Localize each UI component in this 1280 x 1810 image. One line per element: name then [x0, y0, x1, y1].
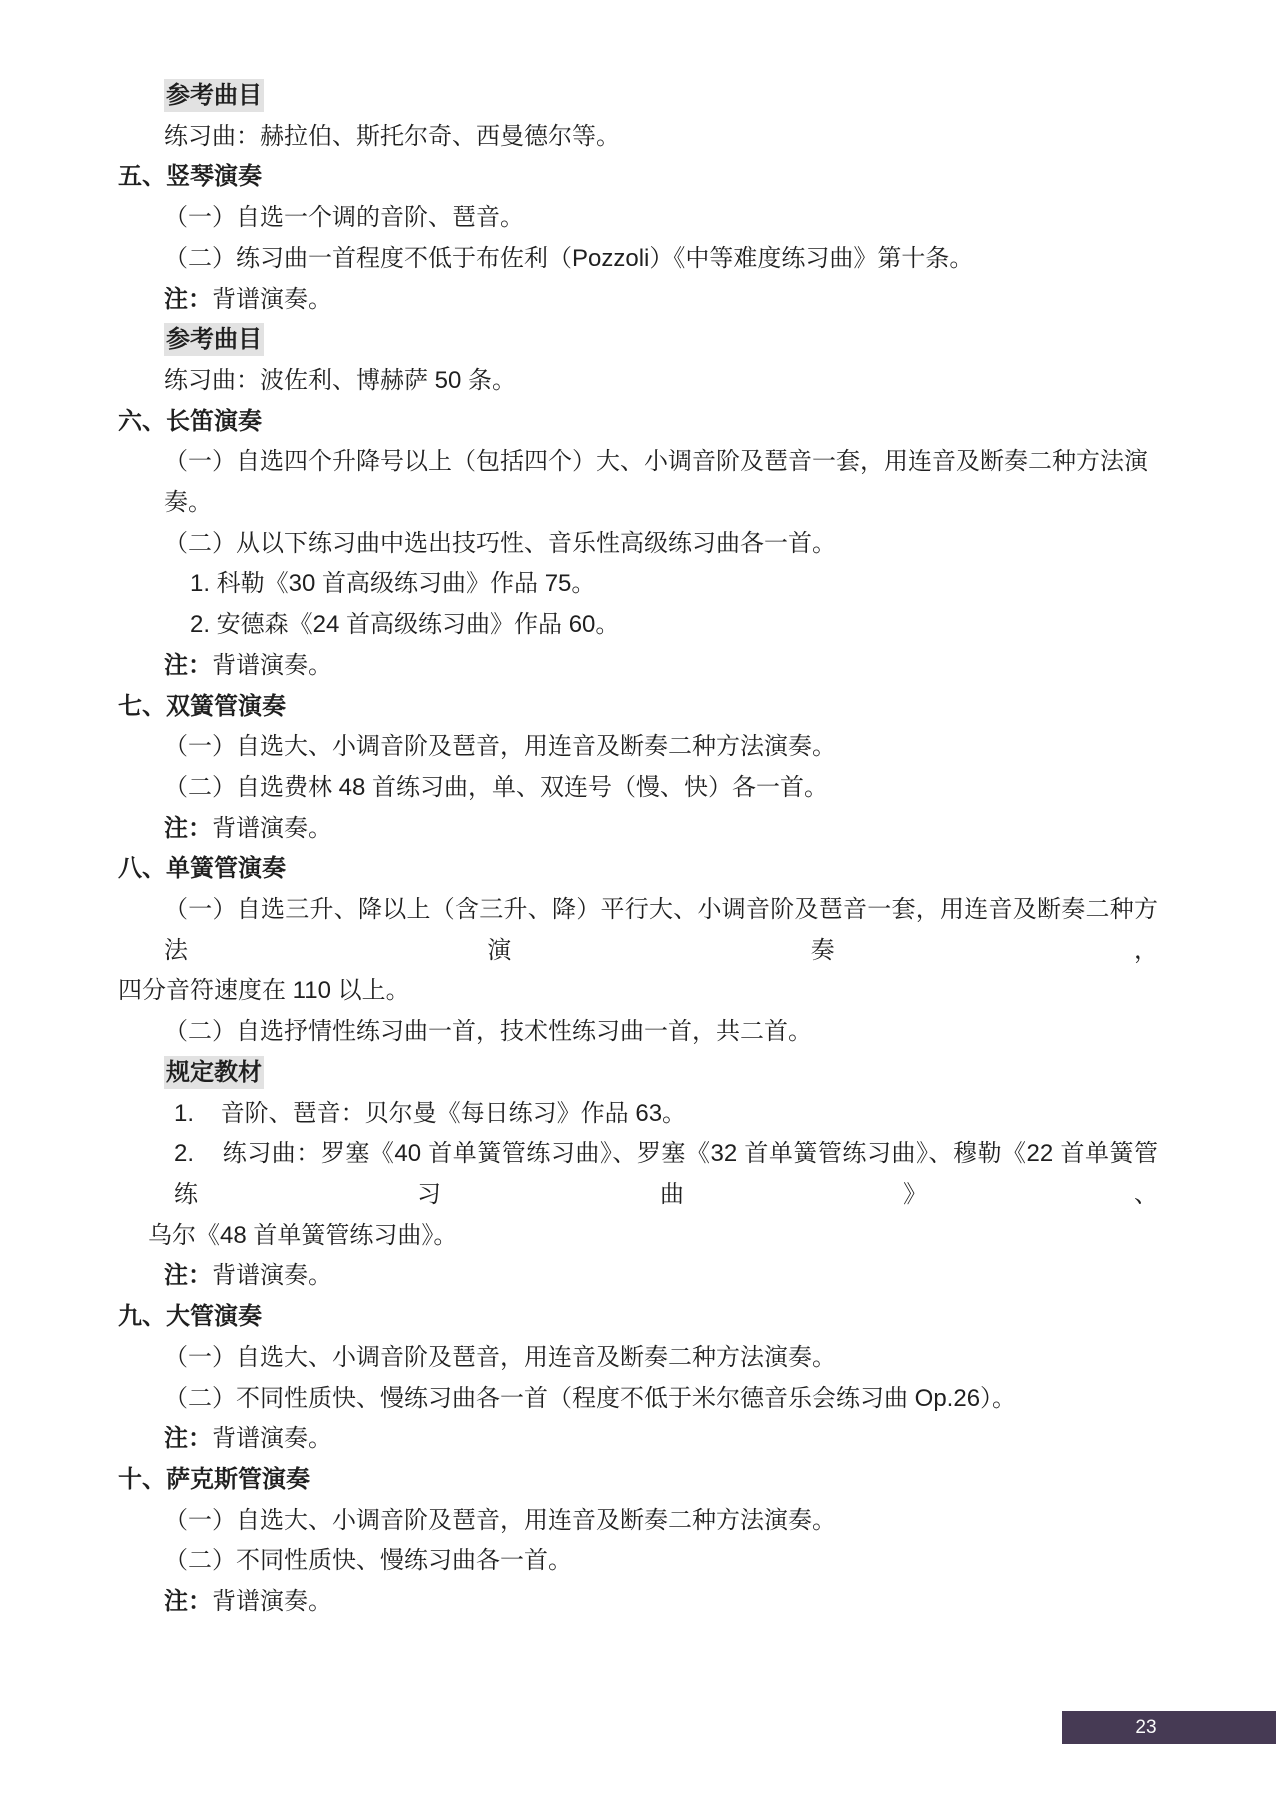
requirement-line: （二）从以下练习曲中选出技巧性、音乐性高级练习曲各一首。 [118, 524, 1158, 565]
note-label: 注： [164, 1262, 212, 1289]
numbered-item: 2. 练习曲：罗塞《40 首单簧管练习曲》、罗塞《32 首单簧管练习曲》、穆勒《… [118, 1134, 1158, 1215]
requirement-line: （二）不同性质快、慢练习曲各一首。 [118, 1541, 1158, 1582]
note-label: 注： [164, 1588, 212, 1615]
note-text: 背谱演奏。 [212, 1425, 332, 1452]
note-line: 注：背谱演奏。 [118, 1582, 1158, 1623]
requirement-line: （一）自选大、小调音阶及琶音，用连音及断奏二种方法演奏。 [118, 727, 1158, 768]
section-heading-bassoon: 九、大管演奏 [118, 1297, 1158, 1338]
requirement-line: （一）自选四个升降号以上（包括四个）大、小调音阶及琶音一套，用连音及断奏二种方法… [118, 442, 1158, 523]
note-text: 背谱演奏。 [212, 815, 332, 842]
section-heading-harp: 五、竖琴演奏 [118, 157, 1158, 198]
numbered-item: 1. 科勒《30 首高级练习曲》作品 75。 [118, 564, 1158, 605]
requirement-line: （一）自选大、小调音阶及琶音，用连音及断奏二种方法演奏。 [118, 1338, 1158, 1379]
note-label: 注： [164, 652, 212, 679]
subhead-highlight-text: 规定教材 [164, 1056, 264, 1089]
requirement-line: （一）自选三升、降以上（含三升、降）平行大、小调音阶及琶音一套，用连音及断奏二种… [118, 890, 1158, 971]
section-heading-clarinet: 八、单簧管演奏 [118, 849, 1158, 890]
subhead-highlight-text: 参考曲目 [164, 323, 264, 356]
note-line: 注：背谱演奏。 [118, 809, 1158, 850]
section-heading-flute: 六、长笛演奏 [118, 402, 1158, 443]
note-line: 注：背谱演奏。 [118, 280, 1158, 321]
note-label: 注： [164, 815, 212, 842]
subhead-highlight-text: 参考曲目 [164, 79, 264, 112]
requirement-line: （一）自选大、小调音阶及琶音，用连音及断奏二种方法演奏。 [118, 1501, 1158, 1542]
subhead-reference-repertoire: 参考曲目 [118, 76, 1158, 117]
note-line: 注：背谱演奏。 [118, 1256, 1158, 1297]
section-heading-saxophone: 十、萨克斯管演奏 [118, 1460, 1158, 1501]
subhead-required-materials: 规定教材 [118, 1053, 1158, 1094]
page-number-badge: 23 [1062, 1711, 1276, 1744]
subhead-reference-repertoire: 参考曲目 [118, 320, 1158, 361]
note-text: 背谱演奏。 [212, 286, 332, 313]
note-text: 背谱演奏。 [212, 652, 332, 679]
repertoire-list-line: 练习曲：赫拉伯、斯托尔奇、西曼德尔等。 [118, 117, 1158, 158]
section-heading-oboe: 七、双簧管演奏 [118, 687, 1158, 728]
note-text: 背谱演奏。 [212, 1262, 332, 1289]
requirement-line: （二）自选费林 48 首练习曲，单、双连号（慢、快）各一首。 [118, 768, 1158, 809]
requirement-line: （二）练习曲一首程度不低于布佐利（Pozzoli）《中等难度练习曲》第十条。 [118, 239, 1158, 280]
requirement-line: （二）不同性质快、慢练习曲各一首（程度不低于米尔德音乐会练习曲 Op.26）。 [118, 1379, 1158, 1420]
document-page: 参考曲目 练习曲：赫拉伯、斯托尔奇、西曼德尔等。 五、竖琴演奏 （一）自选一个调… [118, 76, 1158, 1623]
numbered-item-continuation: 乌尔《48 首单簧管练习曲》。 [118, 1216, 1158, 1257]
requirement-line: （一）自选一个调的音阶、琶音。 [118, 198, 1158, 239]
requirement-continuation-line: 四分音符速度在 110 以上。 [118, 971, 1158, 1012]
note-line: 注：背谱演奏。 [118, 646, 1158, 687]
numbered-item: 2. 安德森《24 首高级练习曲》作品 60。 [118, 605, 1158, 646]
note-label: 注： [164, 286, 212, 313]
numbered-item: 1. 音阶、琶音：贝尔曼《每日练习》作品 63。 [118, 1094, 1158, 1135]
note-text: 背谱演奏。 [212, 1588, 332, 1615]
requirement-line: （二）自选抒情性练习曲一首，技术性练习曲一首，共二首。 [118, 1012, 1158, 1053]
page-number: 23 [1135, 1717, 1156, 1739]
note-label: 注： [164, 1425, 212, 1452]
note-line: 注：背谱演奏。 [118, 1419, 1158, 1460]
repertoire-list-line: 练习曲：波佐利、博赫萨 50 条。 [118, 361, 1158, 402]
